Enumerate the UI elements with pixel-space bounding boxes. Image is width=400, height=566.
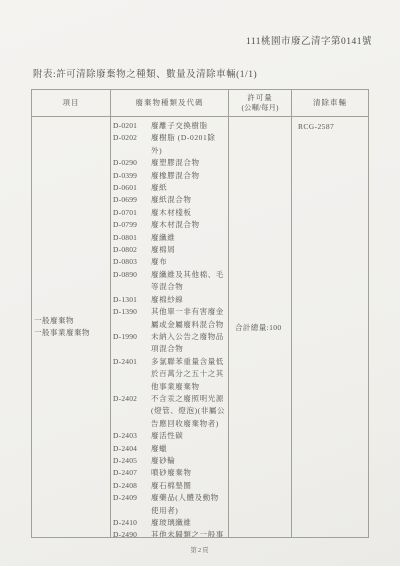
waste-name: 廢活性碳 [144,430,226,442]
header-waste-label: 廢棄物種類及代碼 [136,98,204,108]
vehicle-plate: RCG-2587 [298,122,334,131]
header-qty-line1: 許可量 [247,93,273,103]
header-permit-quantity: 許可量 (公噸/每月) [229,90,292,116]
waste-row: D-1301 廢棉紗線 [113,294,226,306]
waste-code: D-1990 [113,331,144,356]
scanned-document-page: 111桃園市廢乙清字第0141號 附表:許可清除廢棄物之種類、數量及清除車輛(1… [0,0,400,566]
waste-name: 不含汞之廢照明光源(燈管、燈泡)(非屬公告應回收廢棄物者) [144,393,226,430]
waste-code: D-0202 [113,132,144,157]
page-footer: 第2頁 [0,545,400,554]
waste-code: D-0399 [113,170,144,182]
waste-code: D-2407 [113,467,144,479]
waste-name: 多氯聯苯重量含量低於百萬分之五十之其他事業廢棄物 [144,356,226,393]
waste-name: 廢木材混合物 [144,219,226,231]
waste-row: D-1390 其他單一非有害廢金屬或金屬廢料混合物 [113,306,226,331]
waste-code: D-1390 [113,306,144,331]
waste-row: D-2490 其他未歸類之一般事業廢棄 [113,529,226,537]
permit-total-cell: 合計總量:100 [229,117,292,537]
waste-name: 其他未歸類之一般事業廢棄 [144,529,226,537]
waste-name: 廢離子交換樹脂 [144,120,226,132]
waste-code: D-2401 [113,356,144,393]
waste-code: D-0890 [113,269,144,294]
waste-name: 廢紙 [144,182,226,194]
waste-code: D-2404 [113,443,144,455]
waste-row: D-2407 噴砂廢棄物 [113,467,226,479]
waste-row: D-0202 廢樹脂 (D-0201除外) [113,132,226,157]
waste-row: D-2401 多氯聯苯重量含量低於百萬分之五十之其他事業廢棄物 [113,356,226,393]
waste-name: 廢纖維及其他棉、毛等混合物 [144,269,226,294]
waste-row: D-0699 廢紙混合物 [113,194,226,206]
header-vehicles-label: 清除車輛 [313,98,347,108]
waste-code: D-0701 [113,207,144,219]
waste-row: D-0201 廢離子交換樹脂 [113,120,226,132]
waste-name: 廢橡膠混合物 [144,170,226,182]
waste-name: 未納入公告之廢物品項混合物 [144,331,226,356]
waste-row: D-0701 廢木材棧板 [113,207,226,219]
waste-row: D-2404 廢蠟 [113,443,226,455]
header-item-label: 項目 [63,98,80,108]
waste-code: D-0802 [113,244,144,256]
waste-row: D-0601 廢紙 [113,182,226,194]
waste-name: 廢塑膠混合物 [144,157,226,169]
page-title: 附表:許可清除廢棄物之種類、數量及清除車輛(1/1) [33,66,257,80]
waste-row: D-0803 廢布 [113,256,226,268]
waste-row: D-1990 未納入公告之廢物品項混合物 [113,331,226,356]
waste-row: D-0890 廢纖維及其他棉、毛等混合物 [113,269,226,294]
waste-code: D-2402 [113,393,144,430]
waste-row: D-2405 廢砂輪 [113,455,226,467]
permit-table: 項目 廢棄物種類及代碼 許可量 (公噸/每月) 清除車輛 一般廢棄物 一般事業廢… [31,89,369,538]
waste-name: 廢砂輪 [144,455,226,467]
waste-name: 廢石棉墊圈 [144,480,226,492]
waste-row: D-0801 廢纖維 [113,232,226,244]
waste-row: D-0399 廢橡膠混合物 [113,170,226,182]
waste-code: D-0803 [113,256,144,268]
waste-code: D-1301 [113,294,144,306]
waste-code: D-2410 [113,517,144,529]
table-body-row: 一般廢棄物 一般事業廢棄物 D-0201 廢離子交換樹脂 D-0202 廢樹脂 … [32,117,368,537]
waste-code: D-2405 [113,455,144,467]
header-qty-line2: (公噸/每月) [241,103,278,113]
waste-name: 廢木材棧板 [144,207,226,219]
waste-row: D-2408 廢石棉墊圈 [113,480,226,492]
header-vehicles: 清除車輛 [292,90,368,116]
header-waste-type: 廢棄物種類及代碼 [111,90,229,116]
waste-row: D-2409 廢藥品(人體及動物使用者) [113,492,226,517]
document-number: 111桃園市廢乙清字第0141號 [246,33,372,47]
waste-name: 廢纖維 [144,232,226,244]
waste-code: D-2409 [113,492,144,517]
waste-code: D-2490 [113,529,144,537]
vehicle-cell: RCG-2587 [292,117,368,537]
waste-code: D-0699 [113,194,144,206]
waste-row: D-0799 廢木材混合物 [113,219,226,231]
item-category-line1: 一般廢棄物 [34,315,110,328]
waste-code: D-0801 [113,232,144,244]
waste-row: D-0802 廢棉屑 [113,244,226,256]
header-item: 項目 [32,90,111,116]
waste-row: D-0290 廢塑膠混合物 [113,157,226,169]
permit-total-value: 合計總量:100 [235,322,282,333]
waste-name: 廢布 [144,256,226,268]
waste-name: 廢玻璃纖維 [144,517,226,529]
waste-code-list: D-0201 廢離子交換樹脂 D-0202 廢樹脂 (D-0201除外) D-0… [111,117,229,537]
waste-code: D-2403 [113,430,144,442]
waste-row: D-2402 不含汞之廢照明光源(燈管、燈泡)(非屬公告應回收廢棄物者) [113,393,226,430]
waste-row: D-2410 廢玻璃纖維 [113,517,226,529]
waste-row: D-2403 廢活性碳 [113,430,226,442]
waste-name: 廢棉紗線 [144,294,226,306]
waste-code: D-0201 [113,120,144,132]
waste-code: D-0290 [113,157,144,169]
waste-name: 廢蠟 [144,443,226,455]
item-category-line2: 一般事業廢棄物 [34,327,110,340]
waste-name: 其他單一非有害廢金屬或金屬廢料混合物 [144,306,226,331]
waste-name: 廢紙混合物 [144,194,226,206]
waste-name: 噴砂廢棄物 [144,467,226,479]
waste-name: 廢樹脂 (D-0201除外) [144,132,226,157]
table-header-row: 項目 廢棄物種類及代碼 許可量 (公噸/每月) 清除車輛 [32,90,368,117]
waste-code: D-0601 [113,182,144,194]
waste-code: D-2408 [113,480,144,492]
waste-code: D-0799 [113,219,144,231]
waste-name: 廢棉屑 [144,244,226,256]
waste-name: 廢藥品(人體及動物使用者) [144,492,226,517]
item-category-cell: 一般廢棄物 一般事業廢棄物 [32,117,111,537]
